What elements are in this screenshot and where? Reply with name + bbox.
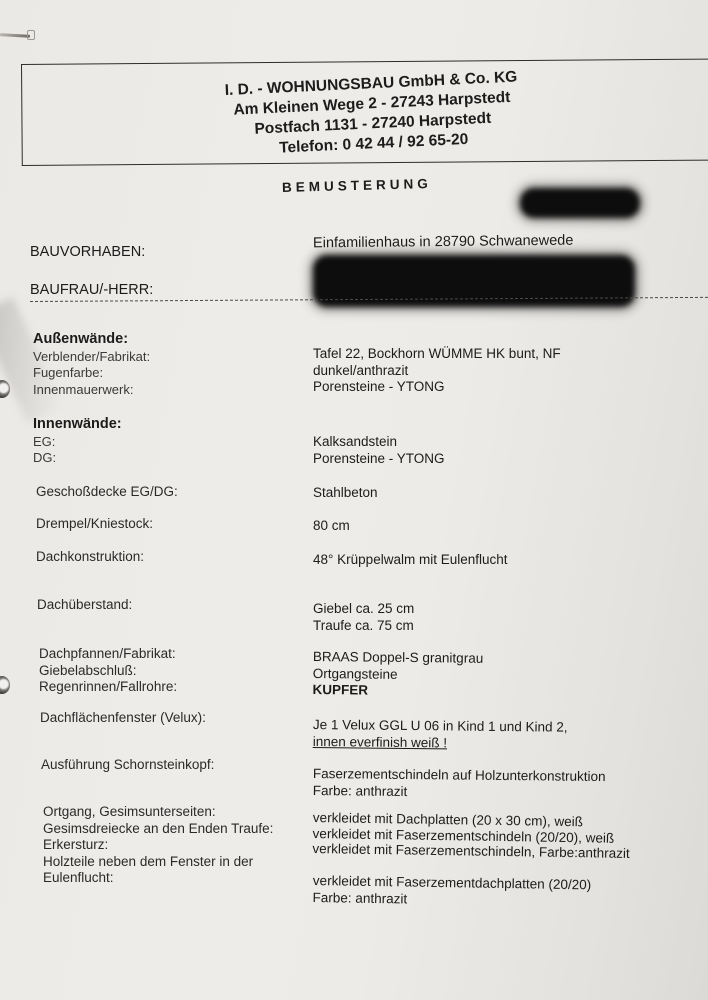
schornstein-values: Faserzementschindeln auf Holzunterkonstr…: [313, 766, 606, 802]
field-value: Kalksandstein: [313, 434, 445, 451]
field-label: Dachpfannen/Fabrikat:: [39, 646, 177, 663]
letterhead-text: I. D. - WOHNUNGSBAU GmbH & Co. KG Am Kle…: [221, 67, 524, 161]
field-label: Holzteile neben dem Fenster in der: [43, 854, 273, 871]
section-heading: Außenwände:: [33, 331, 150, 348]
geschossdecke-value: Stahlbeton: [313, 485, 378, 502]
field-label: DG:: [33, 450, 122, 467]
geschossdecke-label: Geschoßdecke EG/DG:: [36, 484, 178, 501]
field-value: BRAAS Doppel-S granitgrau: [313, 649, 484, 667]
dach-labels: Dachpfannen/Fabrikat: Giebelabschluß: Re…: [39, 646, 177, 696]
dach-values: BRAAS Doppel-S granitgrau Ortgangsteine …: [312, 649, 483, 700]
dachkonstruktion-label: Dachkonstruktion:: [36, 549, 144, 566]
dachueberstand-label: Dachüberstand:: [37, 597, 132, 614]
field-label: Verblender/Fabrikat:: [33, 349, 150, 366]
dachkonstruktion-value: 48° Krüppelwalm mit Eulenflucht: [313, 552, 508, 569]
field-label: Regenrinnen/Fallrohre:: [39, 679, 177, 696]
letterhead-box: I. D. - WOHNUNGSBAU GmbH & Co. KG Am Kle…: [21, 58, 708, 166]
field-value: Traufe ca. 75 cm: [313, 618, 414, 635]
document-title: BEMUSTERUNG: [282, 176, 432, 195]
section-heading: Innenwände:: [33, 416, 122, 433]
field-value-underlined: innen everfinish weiß !: [313, 733, 568, 752]
field-label: Ortgang, Gesimsunterseiten:: [43, 804, 273, 821]
redaction-top-right: [520, 188, 640, 218]
section-innenwaende: Innenwände: EG: DG:: [33, 416, 122, 467]
punch-hole-lower: [0, 676, 10, 694]
staple-mark: [0, 33, 30, 38]
project-label: BAUVORHABEN:: [30, 243, 145, 261]
field-value: Porensteine - YTONG: [313, 379, 561, 396]
eulenflucht-values: verkleidet mit Faserzementdachplatten (2…: [312, 873, 591, 910]
field-label: EG:: [33, 434, 122, 451]
field-value: Ortgangsteine: [313, 665, 484, 683]
field-value: Giebel ca. 25 cm: [313, 601, 414, 618]
field-value: Farbe: anthrazit: [313, 782, 606, 802]
field-label: Innenmauerwerk:: [33, 382, 150, 399]
dachueberstand-values: Giebel ca. 25 cm Traufe ca. 75 cm: [313, 601, 414, 634]
field-value: Je 1 Velux GGL U 06 in Kind 1 und Kind 2…: [313, 717, 568, 736]
drempel-label: Drempel/Kniestock:: [36, 516, 153, 533]
field-label: Eulenflucht:: [43, 870, 273, 887]
field-value: Porensteine - YTONG: [313, 451, 445, 468]
field-label: Giebelabschluß:: [39, 663, 177, 680]
verkleidung-labels: Ortgang, Gesimsunterseiten: Gesimsdreiec…: [43, 804, 273, 887]
client-label: BAUFRAU/-HERR:: [30, 281, 153, 299]
field-value: Tafel 22, Bockhorn WÜMME HK bunt, NF: [313, 346, 561, 363]
drempel-value: 80 cm: [313, 518, 350, 535]
aussenwaende-values: Tafel 22, Bockhorn WÜMME HK bunt, NF dun…: [313, 346, 561, 396]
staple-end: [27, 30, 35, 40]
velux-values: Je 1 Velux GGL U 06 in Kind 1 und Kind 2…: [313, 717, 568, 753]
velux-label: Dachflächenfenster (Velux):: [40, 710, 206, 727]
field-label: Fugenfarbe:: [33, 365, 150, 382]
project-value: Einfamilienhaus in 28790 Schwanewede: [313, 232, 574, 253]
schornstein-label: Ausführung Schornsteinkopf:: [41, 757, 214, 774]
field-value: dunkel/anthrazit: [313, 363, 561, 380]
field-label: Gesimsdreiecke an den Enden Traufe:: [43, 821, 273, 838]
section-aussenwaende: Außenwände: Verblender/Fabrikat: Fugenfa…: [33, 331, 150, 398]
field-value: KUPFER: [312, 682, 483, 700]
field-label: Erkersturz:: [43, 837, 273, 854]
verkleidung-values: verkleidet mit Dachplatten (20 x 30 cm),…: [312, 810, 630, 861]
innenwaende-values: Kalksandstein Porensteine - YTONG: [313, 434, 445, 467]
